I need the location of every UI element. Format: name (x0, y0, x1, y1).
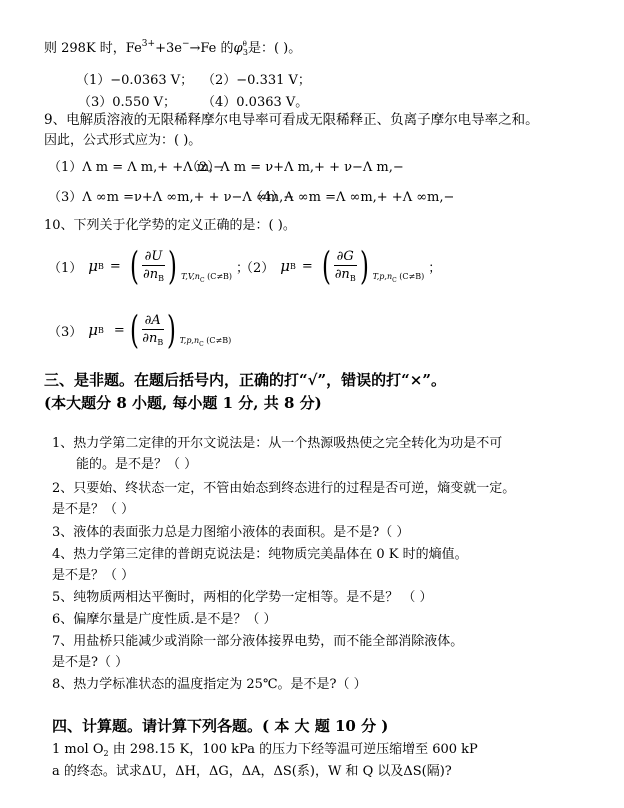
tf-item-4-line1: 4、热力学第三定律的普朗克说法是：纯物质完美晶体在 0 K 时的熵值。 (52, 547, 468, 563)
q8-option-2: （2）−0.331 V； (202, 69, 311, 88)
q10-option-2: （2） μB = ( ∂G∂nB ) T,p,nC (C≠B) ； (240, 246, 441, 286)
numerator: ∂U (142, 249, 166, 266)
tf-item-7-line2: 是不是?（ ） (52, 655, 128, 671)
mu-sub: B (98, 262, 104, 271)
q8-stem: 则 298K 时，Fe3++3e−→Fe 的φθ3是：( )。 (44, 36, 301, 61)
tf-item-6: 6、偏摩尔量是广度性质.是不是？（ ） (52, 612, 277, 628)
q9-stem-line1: 9、电解质溶液的无限稀释摩尔电导率可看成无限稀释正、负离子摩尔电导率之和。 (44, 112, 539, 128)
den-text: ∂n (142, 331, 157, 346)
mu-symbol: μ (280, 257, 290, 275)
right-paren: ) (167, 310, 176, 350)
cond-tail: (C≠B) (204, 336, 232, 345)
q8-stem-suffix: 是：( )。 (248, 41, 301, 56)
numerator: ∂G (334, 249, 357, 266)
separator: ； (428, 257, 441, 276)
tf-item-8: 8、热力学标准状态的温度指定为 25℃。是不是?（ ） (52, 677, 367, 693)
q8-stem-arrow: →Fe 的 (189, 41, 233, 56)
condition: T,V,nC (C≠B) (181, 272, 232, 284)
tf-item-1-line2: 能的。是不是？（ ） (76, 457, 197, 473)
phi-symbol: φ (234, 41, 243, 56)
option-label: （2） (240, 257, 274, 276)
right-paren: ) (168, 246, 177, 286)
cond-text: T,p,n (180, 336, 200, 345)
den-sub: B (157, 338, 163, 347)
den-sub: B (350, 274, 356, 283)
tf-item-3: 3、液体的表面张力总是力图缩小液体的表面积。是不是?（ ） (52, 525, 409, 541)
mu-sub: B (290, 262, 296, 271)
numerator: ∂A (142, 313, 164, 330)
q9-option-4: （4）Λ ∞m =Λ ∞m,+ +Λ ∞m,− (250, 186, 454, 205)
left-paren: ( (130, 310, 139, 350)
fraction: ∂U∂nB (142, 249, 166, 283)
den-text: ∂n (335, 267, 350, 282)
equals: = (114, 323, 125, 338)
equals: = (110, 259, 121, 274)
partial-fraction: ( ∂U∂nB ) T,V,nC (C≠B) (127, 246, 232, 286)
den-sub: B (158, 274, 164, 283)
cond-tail: (C≠B) (205, 272, 233, 281)
q8-stem-prefix: 则 298K 时，Fe (44, 41, 142, 56)
section3-heading-line2: (本大题分 8 小题, 每小题 1 分, 共 8 分) (44, 393, 322, 413)
mu-symbol: μ (88, 257, 98, 275)
option-label: （1） (48, 257, 82, 276)
section3-heading-line1: 三、是非题。在题后括号内，正确的打“√”，错误的打“×”。 (44, 370, 446, 390)
denominator: ∂nB (143, 266, 164, 283)
mu-symbol: μ (88, 321, 98, 339)
section4-heading: 四、计算题。请计算下列各题。( 本 大 题 10 分 ) (52, 716, 388, 736)
mu-sub: B (98, 326, 104, 335)
condition: T,p,nC (C≠B) (373, 272, 425, 284)
cond-text: T,p,n (373, 272, 393, 281)
tf-item-2-line2: 是不是？（ ） (52, 502, 134, 518)
equals: = (302, 259, 313, 274)
q10-option-3: （3） μB = ( ∂A∂nB ) T,p,nC (C≠B) (48, 310, 231, 350)
partial-fraction: ( ∂A∂nB ) T,p,nC (C≠B) (127, 310, 231, 350)
charge-sup: 3+ (142, 39, 155, 49)
cond-text: T,V,n (181, 272, 200, 281)
tf-item-1-line1: 1、热力学第二定律的开尔文说法是：从一个热源吸热使之完全转化为功是不可 (52, 436, 502, 452)
calc-problem-line1: 1 mol O2 由 298.15 K，100 kPa 的压力下经等温可逆压缩增… (52, 742, 478, 762)
condition: T,p,nC (C≠B) (180, 336, 232, 348)
den-text: ∂n (143, 267, 158, 282)
phi-sup: θ (243, 40, 247, 48)
q8-option-3: （3）0.550 V； (78, 91, 176, 110)
q10-option-1: （1） μB = ( ∂U∂nB ) T,V,nC (C≠B) ； (48, 246, 249, 286)
cond-tail: (C≠B) (397, 272, 425, 281)
tf-item-4-line2: 是不是？（ ） (52, 568, 134, 584)
q8-option-4: （4）0.0363 V。 (202, 91, 308, 110)
fraction: ∂G∂nB (334, 249, 357, 283)
q10-stem: 10、下列关于化学势的定义正确的是：( )。 (44, 218, 296, 234)
q9-option-2: （2）Λ m = ν+Λ m,+ + ν−Λ m,− (186, 156, 404, 175)
right-paren: ) (360, 246, 369, 286)
tf-item-5: 5、纯物质两相达平衡时，两相的化学势一定相等。是不是？ （ ） (52, 590, 433, 606)
tf-item-2-line1: 2、只要始、终状态一定，不管由始态到终态进行的过程是否可逆，熵变就一定。 (52, 481, 515, 497)
tf-item-7-line1: 7、用盐桥只能减少或消除一部分液体接界电势，而不能全部消除液体。 (52, 634, 463, 650)
denominator: ∂nB (335, 266, 356, 283)
problem-text-a: 1 mol O (52, 742, 104, 757)
q8-stem-mid: +3e (155, 41, 182, 56)
q8-option-1: （1）−0.0363 V； (76, 69, 193, 88)
calc-problem-line2: a 的终态。试求ΔU，ΔH，ΔG，ΔA，ΔS(系)，W 和 Q 以及ΔS(隔)? (52, 764, 452, 780)
q9-stem-line2: 因此，公式形式应为：( )。 (44, 133, 201, 149)
partial-fraction: ( ∂G∂nB ) T,p,nC (C≠B) (319, 246, 424, 286)
denominator: ∂nB (142, 330, 163, 347)
left-paren: ( (130, 246, 139, 286)
problem-text-b: 由 298.15 K，100 kPa 的压力下经等温可逆压缩增至 600 kP (109, 742, 478, 757)
option-label: （3） (48, 321, 82, 340)
fraction: ∂A∂nB (142, 313, 164, 347)
left-paren: ( (322, 246, 331, 286)
